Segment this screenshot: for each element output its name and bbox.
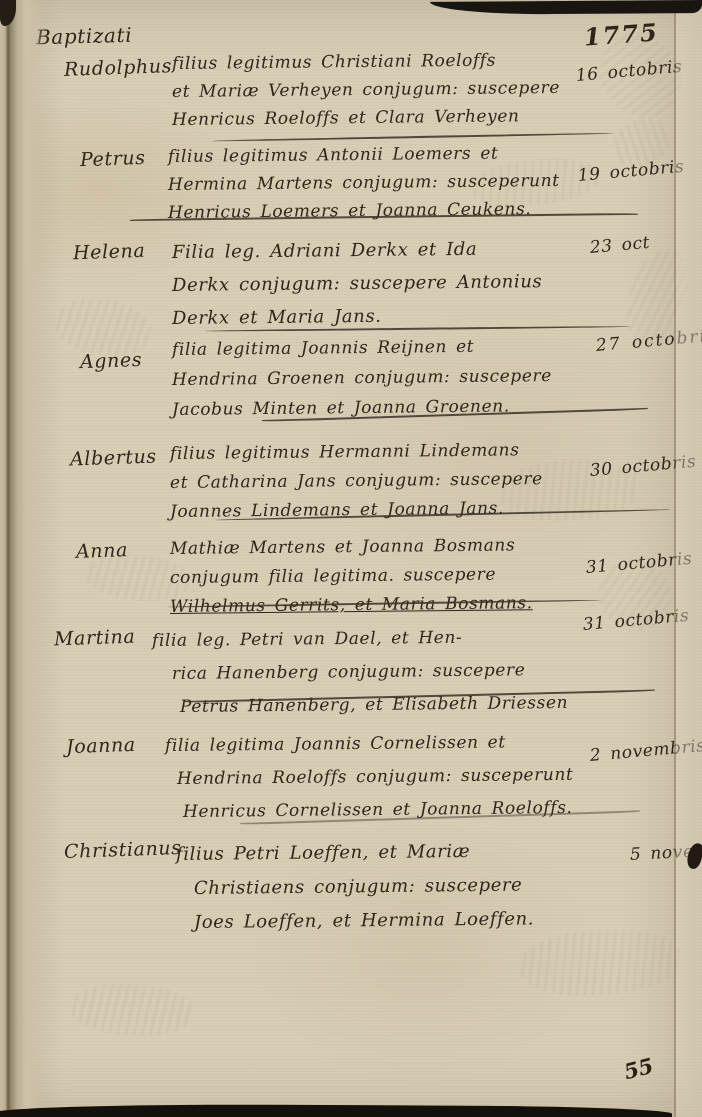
entry-line: Hendrina Groenen conjugum: suscepere	[172, 361, 552, 395]
entry-line: filius Petri Loeffen, et Mariæ	[176, 834, 534, 872]
binding-gutter	[0, 0, 46, 1117]
page-edge-line	[674, 0, 676, 1117]
entry-text: filia legitima Joannis Reijnen et Hendri…	[172, 335, 552, 425]
entry-text: filius legitimus Christiani Roeloffs et …	[172, 50, 560, 134]
child-name: Rudolphus	[64, 55, 173, 81]
child-name: Helena	[73, 240, 146, 265]
entry-line: filia legitima Joannis Cornelissen et	[165, 726, 574, 763]
manuscript-page: Baptizati 1775 Rudolphus filius legitimu…	[0, 0, 702, 1117]
entry-line: filia leg. Petri van Dael, et Hen-	[152, 621, 568, 658]
entry-line: Henricus Roeloffs et Clara Verheyen	[172, 102, 560, 134]
child-name: Agnes	[80, 349, 143, 373]
entry-line: Hendrina Roeloffs conjugum: susceperunt	[177, 759, 574, 796]
baptism-date: 23 oct	[589, 233, 651, 258]
entry-line: Mathiæ Martens et Joanna Bosmans	[170, 531, 533, 564]
entry-line: Joannes Lindemans et Joanna Jans.	[170, 494, 543, 527]
entry-text: Mathiæ Martens et Joanna Bosmans conjugu…	[170, 535, 533, 622]
scan-top-shadow	[430, 0, 702, 15]
entry-text: filius Petri Loeffen, et Mariæ Christiae…	[176, 838, 534, 940]
entry-line: Christiaens conjugum: suscepere	[194, 868, 534, 906]
child-name: Anna	[76, 539, 129, 563]
entry-line: filius legitimus Hermanni Lindemans	[170, 436, 543, 469]
scan-bottom-shadow	[0, 1103, 672, 1117]
year-heading: 1775	[583, 17, 660, 51]
child-name: Albertus	[70, 445, 157, 470]
baptism-date: 19 octobris	[577, 157, 685, 186]
page-title: Baptizati	[36, 23, 133, 50]
child-name: Christianus	[64, 837, 182, 863]
entry-line: Henricus Loemers et Joanna Ceukens.	[168, 195, 560, 227]
entry-line: filius legitimus Christiani Roeloffs	[172, 46, 560, 78]
entry-line: et Catharina Jans conjugum: suscepere	[170, 465, 543, 498]
entry-line: filius legitimus Antonii Loemers et	[168, 139, 560, 171]
entry-text: Filia leg. Adriani Derkx et Ida Derkx co…	[172, 236, 542, 335]
entry-line: Filia leg. Adriani Derkx et Ida	[172, 232, 543, 269]
entry-line: Hermina Martens conjugum: susceperunt	[168, 167, 560, 199]
child-name: Joanna	[66, 734, 137, 758]
entry-line: filia legitima Joannis Reijnen et	[172, 331, 552, 365]
bleedthrough-mark	[518, 924, 682, 1000]
entry-line: Derkx conjugum: suscepere Antonius	[172, 265, 543, 302]
child-name: Petrus	[80, 147, 146, 171]
entry-line: rica Hanenberg conjugum: suscepere	[172, 654, 568, 691]
bleedthrough-mark	[69, 982, 196, 1038]
entry-line: conjugum filia legitima. suscepere	[170, 560, 533, 593]
entry-line: Joes Loeffen, et Hermina Loeffen.	[194, 902, 534, 940]
folio-number: 55	[621, 1053, 655, 1084]
entry-line: et Mariæ Verheyen conjugum: suscepere	[172, 74, 560, 106]
entry-line: Jacobus Minten et Joanna Groenen.	[172, 391, 552, 425]
child-name: Martina	[54, 626, 136, 651]
entry-text: filia leg. Petri van Dael, et Hen- rica …	[152, 625, 568, 724]
page-right-edge	[676, 0, 702, 1117]
